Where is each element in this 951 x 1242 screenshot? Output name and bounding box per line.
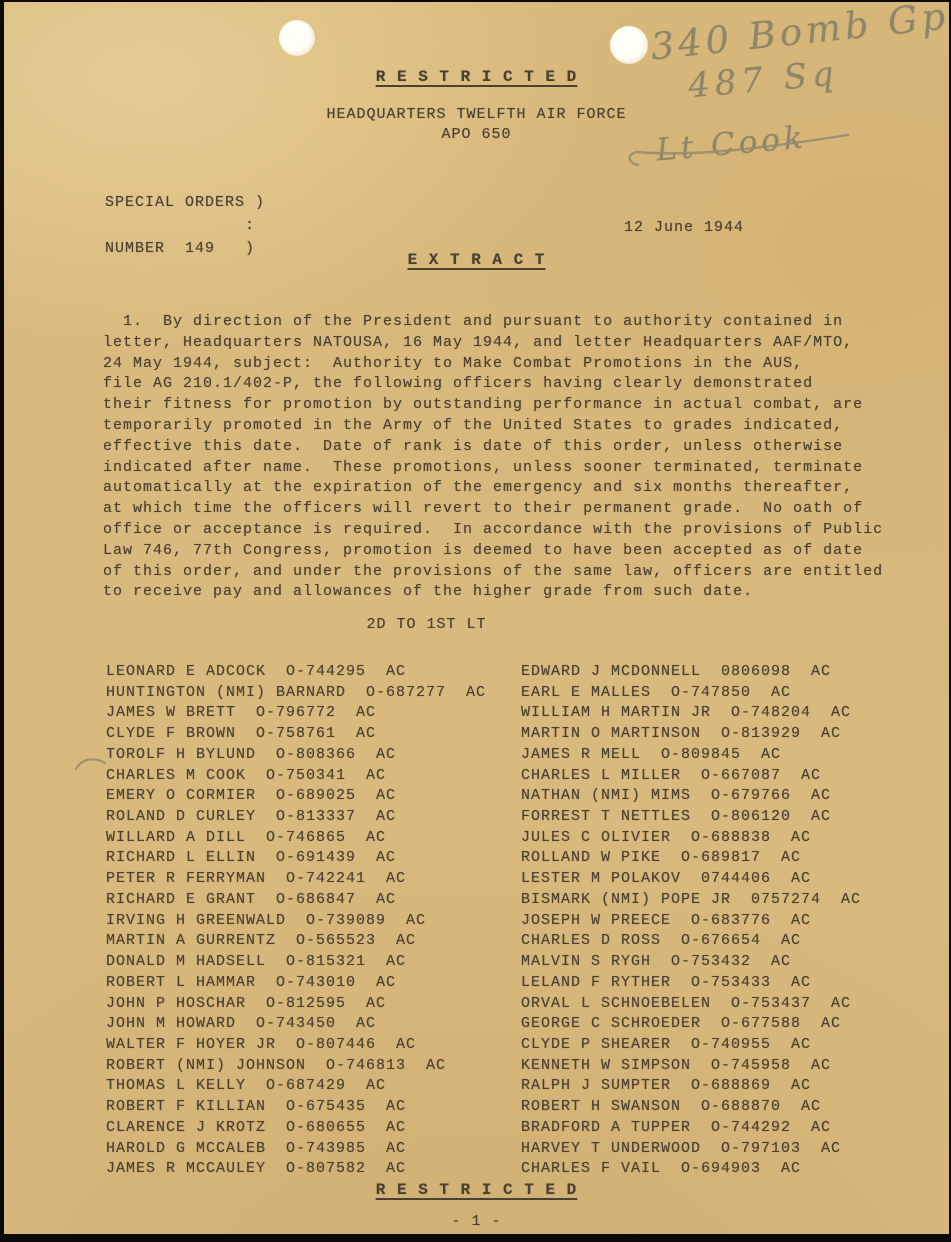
- headquarters-line: HEADQUARTERS TWELFTH AIR FORCE: [4, 106, 949, 123]
- roster-entry: WILLIAM H MARTIN JR O-748204 AC: [521, 703, 861, 724]
- roster-entry: JULES C OLIVIER O-688838 AC: [521, 828, 861, 849]
- roster-entry: RICHARD E GRANT O-686847 AC: [106, 890, 486, 911]
- roster-entry: HAROLD G MCCALEB O-743985 AC: [106, 1139, 486, 1160]
- roster-entry: GEORGE C SCHROEDER O-677588 AC: [521, 1014, 861, 1035]
- roster-entry: KENNETH W SIMPSON O-745958 AC: [521, 1056, 861, 1077]
- roster-entry: JAMES R MELL O-809845 AC: [521, 745, 861, 766]
- order-number-block: SPECIAL ORDERS ) : NUMBER 149 ): [105, 191, 265, 260]
- roster-entry: LEONARD E ADCOCK O-744295 AC: [106, 662, 486, 683]
- roster-entry: NATHAN (NMI) MIMS O-679766 AC: [521, 786, 861, 807]
- roster-entry: HARVEY T UNDERWOOD O-797103 AC: [521, 1139, 861, 1160]
- punch-hole-left: [279, 20, 315, 56]
- roster-entry: PETER R FERRYMAN O-742241 AC: [106, 869, 486, 890]
- pencil-checkmark: [73, 753, 109, 777]
- roster-entry: ROBERT H SWANSON O-688870 AC: [521, 1097, 861, 1118]
- roster-entry: THOMAS L KELLY O-687429 AC: [106, 1076, 486, 1097]
- roster-entry: JOHN M HOWARD O-743450 AC: [106, 1014, 486, 1035]
- classification-banner-bottom: R E S T R I C T E D: [4, 1181, 949, 1199]
- roster-entry: CHARLES F VAIL O-694903 AC: [521, 1159, 861, 1180]
- roster-entry: CLARENCE J KROTZ O-680655 AC: [106, 1118, 486, 1139]
- roster-entry: DONALD M HADSELL O-815321 AC: [106, 952, 486, 973]
- roster-entry: MARTIN O MARTINSON O-813929 AC: [521, 724, 861, 745]
- roster-entry: TOROLF H BYLUND O-808366 AC: [106, 745, 486, 766]
- roster-entry: BISMARK (NMI) POPE JR 0757274 AC: [521, 890, 861, 911]
- classification-banner-top: R E S T R I C T E D: [4, 68, 949, 86]
- roster-entry: JOSEPH W PREECE O-683776 AC: [521, 911, 861, 932]
- promotion-section-heading: 2D TO 1ST LT: [4, 616, 849, 633]
- roster-entry: CLYDE P SHEARER O-740955 AC: [521, 1035, 861, 1056]
- order-date: 12 June 1944: [624, 219, 744, 236]
- roster-entry: EDWARD J MCDONNELL 0806098 AC: [521, 662, 861, 683]
- roster-entry: HUNTINGTON (NMI) BARNARD O-687277 AC: [106, 683, 486, 704]
- roster-entry: RALPH J SUMPTER O-688869 AC: [521, 1076, 861, 1097]
- document-page: 340 Bomb Gp 487 Sq Lt Cook R E S T R I C…: [4, 2, 949, 1234]
- order-paragraph: 1. By direction of the President and pur…: [103, 312, 883, 603]
- roster-entry: CHARLES L MILLER O-667087 AC: [521, 766, 861, 787]
- roster-entry: MARTIN A GURRENTZ O-565523 AC: [106, 931, 486, 952]
- roster-entry: CHARLES M COOK O-750341 AC: [106, 766, 486, 787]
- roster-entry: CHARLES D ROSS O-676654 AC: [521, 931, 861, 952]
- roster-entry: JAMES R MCCAULEY O-807582 AC: [106, 1159, 486, 1180]
- roster-entry: LESTER M POLAKOV 0744406 AC: [521, 869, 861, 890]
- apo-line: APO 650: [4, 126, 949, 143]
- scanned-document: 340 Bomb Gp 487 Sq Lt Cook R E S T R I C…: [0, 0, 951, 1242]
- roster-entry: WALTER F HOYER JR O-807446 AC: [106, 1035, 486, 1056]
- roster-entry: ROLLAND W PIKE O-689817 AC: [521, 848, 861, 869]
- roster-entry: MALVIN S RYGH O-753432 AC: [521, 952, 861, 973]
- extract-heading: E X T R A C T: [4, 251, 949, 269]
- page-number: - 1 -: [4, 1213, 949, 1230]
- roster-entry: RICHARD L ELLIN O-691439 AC: [106, 848, 486, 869]
- roster-entry: ROLAND D CURLEY O-813337 AC: [106, 807, 486, 828]
- roster-entry: JOHN P HOSCHAR O-812595 AC: [106, 994, 486, 1015]
- punch-hole-right: [610, 26, 648, 64]
- roster-entry: LELAND F RYTHER O-753433 AC: [521, 973, 861, 994]
- roster-column-left: LEONARD E ADCOCK O-744295 ACHUNTINGTON (…: [106, 662, 486, 1180]
- roster-entry: ORVAL L SCHNOEBELEN O-753437 AC: [521, 994, 861, 1015]
- roster-entry: EARL E MALLES O-747850 AC: [521, 683, 861, 704]
- roster-entry: ROBERT L HAMMAR O-743010 AC: [106, 973, 486, 994]
- roster-entry: JAMES W BRETT O-796772 AC: [106, 703, 486, 724]
- roster-entry: ROBERT (NMI) JOHNSON O-746813 AC: [106, 1056, 486, 1077]
- roster-entry: EMERY O CORMIER O-689025 AC: [106, 786, 486, 807]
- roster-entry: WILLARD A DILL O-746865 AC: [106, 828, 486, 849]
- roster-entry: FORREST T NETTLES O-806120 AC: [521, 807, 861, 828]
- roster-entry: BRADFORD A TUPPER O-744292 AC: [521, 1118, 861, 1139]
- roster-entry: IRVING H GREENWALD O-739089 AC: [106, 911, 486, 932]
- roster-column-right: EDWARD J MCDONNELL 0806098 ACEARL E MALL…: [521, 662, 861, 1180]
- roster-entry: CLYDE F BROWN O-758761 AC: [106, 724, 486, 745]
- roster-entry: ROBERT F KILLIAN O-675435 AC: [106, 1097, 486, 1118]
